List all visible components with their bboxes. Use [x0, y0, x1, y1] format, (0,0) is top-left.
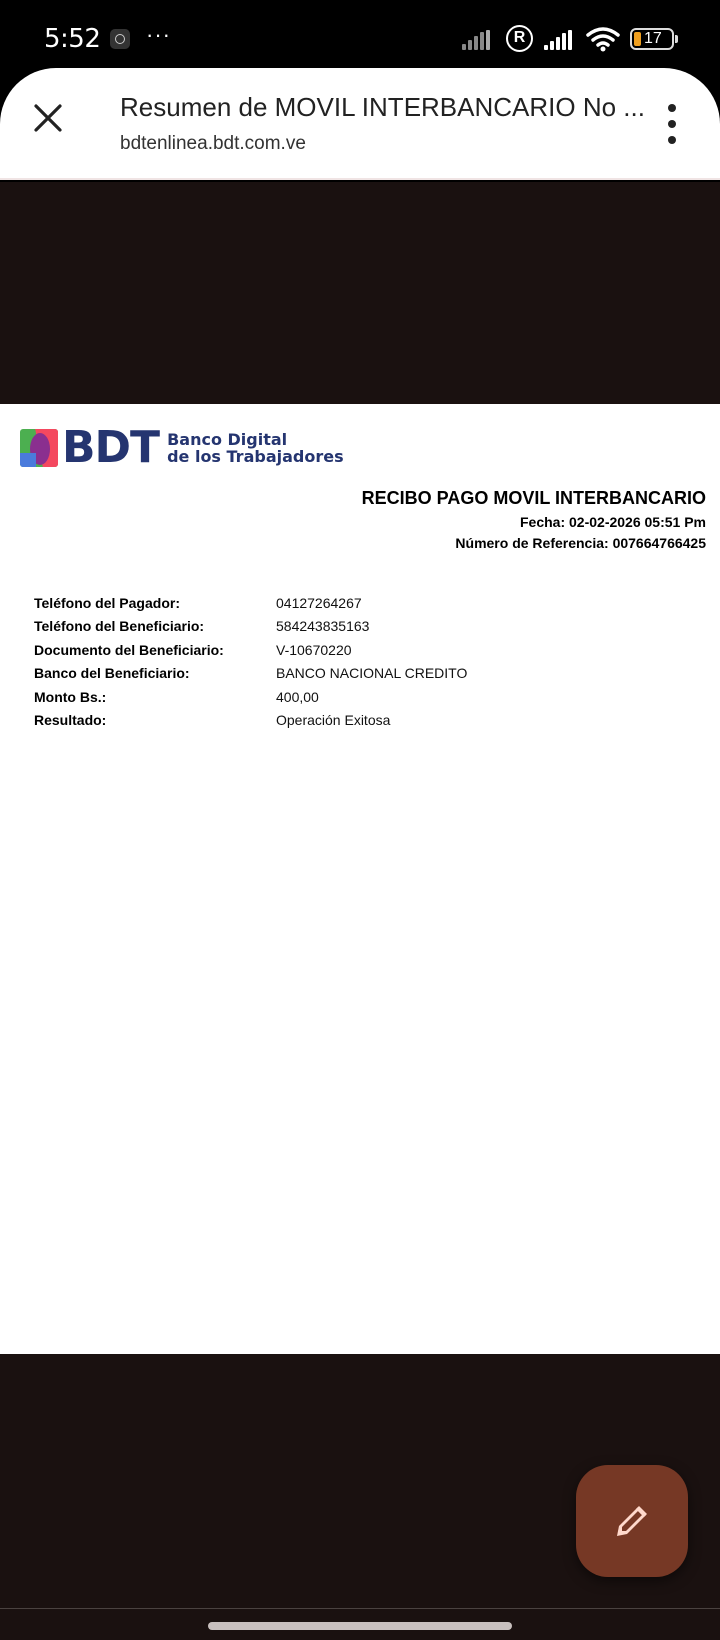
logo-acronym: BDT — [62, 428, 159, 468]
field-label: Teléfono del Beneficiario: — [34, 618, 276, 634]
roaming-icon: R — [506, 25, 533, 52]
field-row: Teléfono del Pagador: 04127264267 — [34, 591, 467, 615]
field-value: 04127264267 — [276, 595, 362, 611]
field-value: BANCO NACIONAL CREDITO — [276, 665, 467, 681]
more-vert-icon[interactable] — [658, 104, 686, 144]
field-label: Teléfono del Pagador: — [34, 595, 276, 611]
page-title: Resumen de MOVIL INTERBANCARIO No ... — [120, 92, 645, 123]
bdt-logo: BDT Banco Digital de los Trabajadores — [20, 428, 344, 468]
receipt-title: RECIBO PAGO MOVIL INTERBANCARIO — [362, 488, 706, 509]
field-row: Monto Bs.: 400,00 — [34, 685, 467, 709]
signal-strength-icon-sim2 — [544, 30, 572, 50]
pdf-page: BDT Banco Digital de los Trabajadores RE… — [0, 404, 720, 1354]
field-value: 400,00 — [276, 689, 319, 705]
battery-tip — [675, 35, 678, 43]
close-icon[interactable] — [28, 98, 68, 138]
receipt-reference: Número de Referencia: 007664766425 — [455, 535, 706, 551]
field-value: V-10670220 — [276, 642, 352, 658]
edit-pencil-icon — [612, 1501, 652, 1541]
status-time: 5:52 — [44, 24, 100, 54]
signal-strength-icon-sim1 — [462, 30, 490, 50]
bdt-logo-mark-icon — [20, 429, 58, 467]
battery-icon: 17 — [630, 28, 674, 50]
field-row: Resultado: Operación Exitosa — [34, 709, 467, 733]
status-bar: 5:52 ··· R 17 — [0, 0, 720, 68]
field-value: Operación Exitosa — [276, 712, 390, 728]
battery-level: 17 — [644, 30, 662, 48]
field-row: Teléfono del Beneficiario: 584243835163 — [34, 615, 467, 639]
document-viewer[interactable]: BDT Banco Digital de los Trabajadores RE… — [0, 182, 720, 1612]
field-row: Banco del Beneficiario: BANCO NACIONAL C… — [34, 662, 467, 686]
field-label: Documento del Beneficiario: — [34, 642, 276, 658]
field-row: Documento del Beneficiario: V-10670220 — [34, 638, 467, 662]
logo-name-line1: Banco Digital — [167, 431, 344, 448]
field-label: Resultado: — [34, 712, 276, 728]
home-gesture-handle[interactable] — [208, 1622, 512, 1630]
field-label: Monto Bs.: — [34, 689, 276, 705]
receipt-date: Fecha: 02-02-2026 05:51 Pm — [520, 514, 706, 530]
receipt-fields: Teléfono del Pagador: 04127264267 Teléfo… — [34, 591, 467, 732]
page-url: bdtenlinea.bdt.com.ve — [120, 133, 306, 155]
logo-bank-name: Banco Digital de los Trabajadores — [167, 431, 344, 465]
field-label: Banco del Beneficiario: — [34, 665, 276, 681]
notification-app-icon — [110, 29, 130, 49]
more-notifications-icon: ··· — [146, 22, 171, 48]
edit-fab-button[interactable] — [576, 1465, 688, 1577]
custom-tab-toolbar: Resumen de MOVIL INTERBANCARIO No ... bd… — [0, 68, 720, 180]
logo-name-line2: de los Trabajadores — [167, 448, 344, 465]
field-value: 584243835163 — [276, 618, 369, 634]
wifi-icon — [586, 26, 620, 52]
